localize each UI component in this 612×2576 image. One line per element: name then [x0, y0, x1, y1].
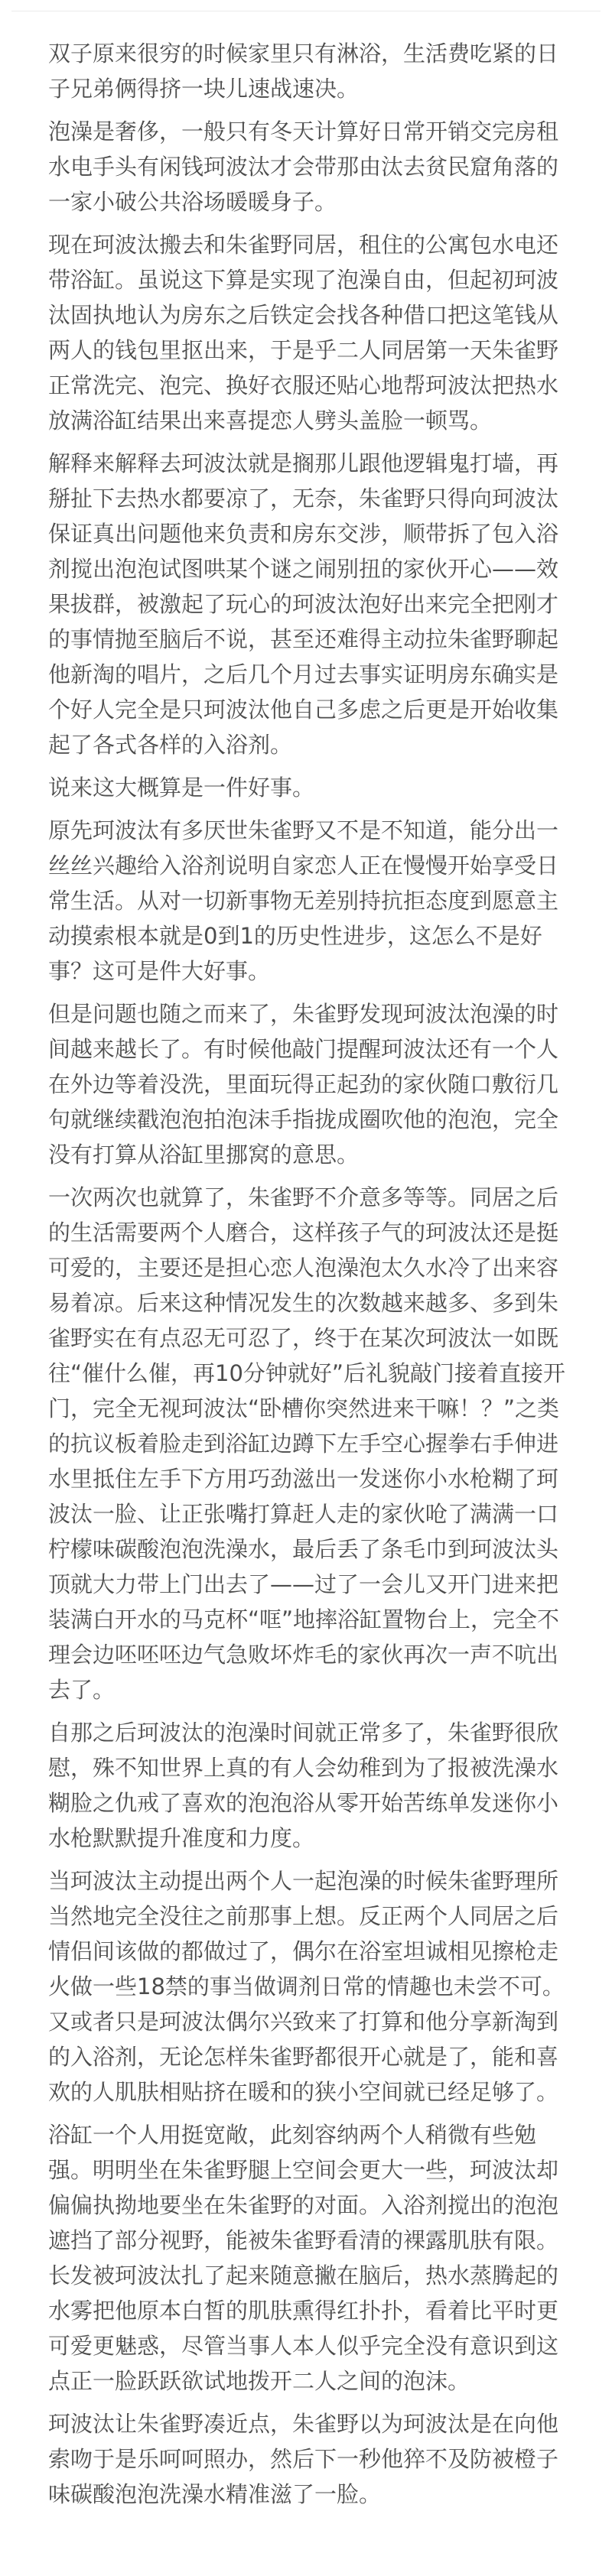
paragraph: 泡澡是奢侈，一般只有冬天计算好日常开销交完房租水电手头有闲钱珂波汰才会带那由汰去… — [48, 114, 570, 219]
paragraph: 浴缸一个人用挺宽敞，此刻容纳两个人稍微有些勉强。明明坐在朱雀野腿上空间会更大一些… — [48, 2117, 570, 2399]
paragraph: 解释来解释去珂波汰就是搁那儿跟他逻辑鬼打墙，再掰扯下去热水都要凉了，无奈，朱雀野… — [48, 446, 570, 762]
top-divider — [11, 11, 601, 11]
paragraph: 当珂波汰主动提出两个人一起泡澡的时候朱雀野理所当然地完全没往之前那事上想。反正两… — [48, 1863, 570, 2110]
paragraph: 自那之后珂波汰的泡澡时间就正常多了，朱雀野很欣慰，殊不知世界上真的有人会幼稚到为… — [48, 1715, 570, 1856]
article-page: 双子原来很穷的时候家里只有淋浴，生活费吃紧的日子兄弟俩得挤一块儿速战速决。 泡澡… — [0, 0, 612, 2576]
paragraph: 珂波汰让朱雀野凑近点，朱雀野以为珂波汰是在向他索吻于是乐呵呵照办，然后下一秒他猝… — [48, 2406, 570, 2512]
article-body: 双子原来很穷的时候家里只有淋浴，生活费吃紧的日子兄弟俩得挤一块儿速战速决。 泡澡… — [48, 36, 570, 2519]
paragraph: 一次两次也就算了，朱雀野不介意多等等。同居之后的生活需要两个人磨合，这样孩子气的… — [48, 1180, 570, 1707]
paragraph: 现在珂波汰搬去和朱雀野同居，租住的公寓包水电还带浴缸。虽说这下算是实现了泡澡自由… — [48, 227, 570, 438]
paragraph: 但是问题也随之而来了，朱雀野发现珂波汰泡澡的时间越来越长了。有时候他敲门提醒珂波… — [48, 996, 570, 1172]
paragraph: 说来这大概算是一件好事。 — [48, 770, 570, 805]
paragraph: 双子原来很穷的时候家里只有淋浴，生活费吃紧的日子兄弟俩得挤一块儿速战速决。 — [48, 36, 570, 106]
paragraph: 原先珂波汰有多厌世朱雀野又不是不知道，能分出一丝丝兴趣给入浴剂说明自家恋人正在慢… — [48, 813, 570, 989]
